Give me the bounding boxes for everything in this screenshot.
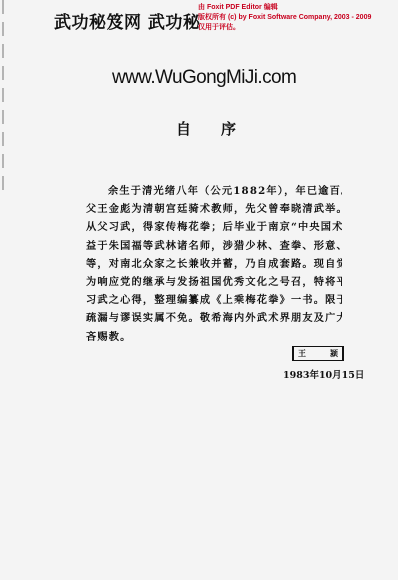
paragraph-line: 父王金彪为清朝宫廷骑术教师，先父曾奉晓清武举。余8岁 bbox=[86, 200, 342, 218]
preface-paragraph: 余生于清光绪八年（公元1882年），年已逾百。先祖 父王金彪为清朝宫廷骑术教师，… bbox=[86, 182, 342, 346]
author-signature-box: 王 颍 bbox=[292, 346, 344, 361]
paragraph-line: 吝赐教。 bbox=[86, 328, 342, 346]
foxit-evaluation-notice: 由 Foxit PDF Editor 编辑 版权所有 (c) by Foxit … bbox=[198, 3, 371, 33]
paragraph-line: 余生于清光绪八年（公元1882年），年已逾百。先祖 bbox=[86, 182, 342, 200]
title-char: 序 bbox=[221, 118, 236, 139]
signature-surname: 王 bbox=[298, 347, 306, 360]
foxit-notice-line: 由 Foxit PDF Editor 编辑 bbox=[198, 3, 371, 13]
paragraph-line: 益于朱国福等武林诸名师，涉猎少林、查拳、形意、查拳 bbox=[86, 237, 342, 255]
title-char: 自 bbox=[176, 118, 191, 139]
page-title: 自序 bbox=[176, 118, 236, 139]
page-edge-marks bbox=[2, 0, 4, 190]
site-url-watermark: www.WuGongMiJi.com bbox=[112, 67, 296, 89]
watermark-site-title: 武功秘笈网 武功秘 bbox=[54, 8, 200, 33]
signature-date: 1983年10月15日 bbox=[283, 367, 364, 381]
paragraph-line: 习武之心得，整理编纂成《上乘梅花拳》一书。限于水平， bbox=[86, 291, 342, 309]
signature-given-name: 颍 bbox=[330, 347, 338, 360]
document-page: 武功秘笈网 武功秘 由 Foxit PDF Editor 编辑 版权所有 (c)… bbox=[0, 0, 398, 580]
paragraph-line: 为响应党的继承与发扬祖国优秀文化之号召，特将平生 bbox=[86, 273, 342, 291]
paragraph-line: 等，对南北众家之长兼收并蓄，乃自成套路。现自觉来日无多， bbox=[86, 255, 342, 273]
paragraph-line: 从父习武，得家传梅花拳；后毕业于南京“中央国术馆”，受 bbox=[86, 218, 342, 236]
paragraph-line: 疏漏与谬误实属不免。敬希海内外武术界朋友及广大读者不 bbox=[86, 309, 342, 327]
foxit-notice-line: 版权所有 (c) by Foxit Software Company, 2003… bbox=[198, 13, 371, 23]
foxit-notice-line: 仅用于评估。 bbox=[198, 23, 371, 33]
